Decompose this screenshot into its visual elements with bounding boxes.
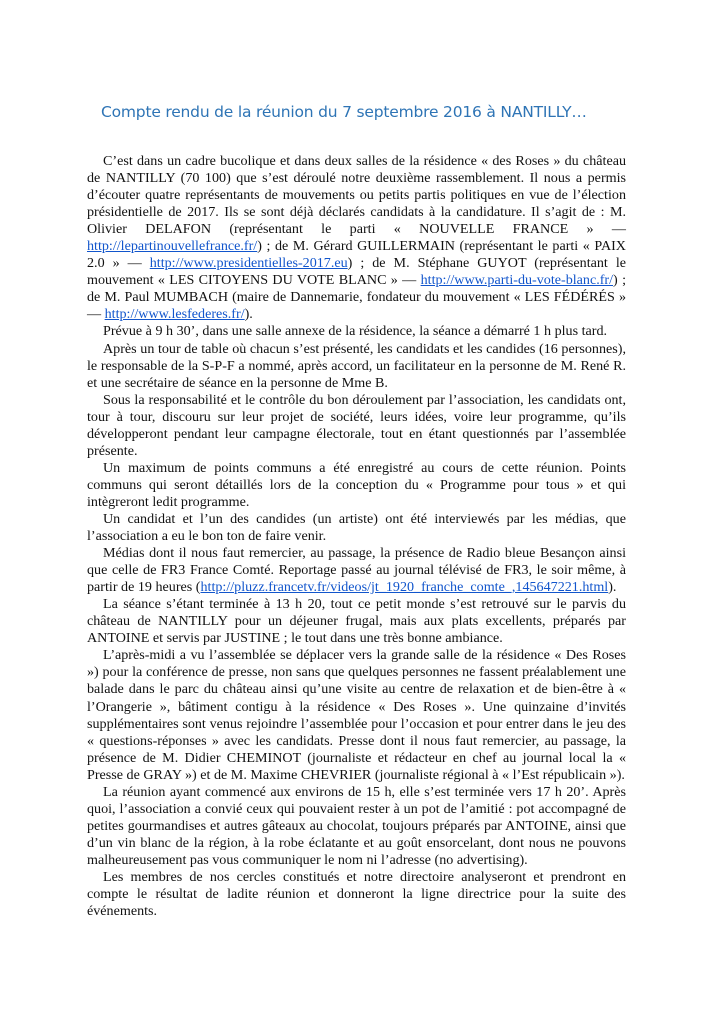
paragraph-afternoon: L’après-midi a vu l’assemblée se déplace… — [87, 647, 626, 783]
text-span: ). — [245, 306, 253, 322]
link-federes[interactable]: http://www.lesfederes.fr/ — [105, 306, 245, 322]
document-body: C’est dans un cadre bucolique et dans de… — [87, 153, 626, 920]
document-page: Compte rendu de la réunion du 7 septembr… — [0, 0, 725, 1024]
paragraph-common-points: Un maximum de points communs a été enreg… — [87, 460, 626, 511]
paragraph-intro: C’est dans un cadre bucolique et dans de… — [87, 153, 626, 323]
paragraph-lunch: La séance s’étant terminée à 13 h 20, to… — [87, 596, 626, 647]
paragraph-end: La réunion ayant commencé aux environs d… — [87, 784, 626, 869]
text-span: ). — [608, 579, 616, 595]
link-paix[interactable]: http://www.presidentielles-2017.eu — [150, 255, 348, 271]
document-title: Compte rendu de la réunion du 7 septembr… — [101, 103, 587, 121]
text-span: C’est dans un cadre bucolique et dans de… — [87, 153, 626, 237]
link-pluzz-video[interactable]: http://pluzz.francetv.fr/videos/jt_1920_… — [201, 579, 609, 595]
paragraph-roundtable: Après un tour de table où chacun s’est p… — [87, 341, 626, 392]
paragraph-interviews: Un candidat et l’un des candides (un art… — [87, 511, 626, 545]
paragraph-conclusion: Les membres de nos cercles constitués et… — [87, 869, 626, 920]
paragraph-responsibility: Sous la responsabilité et le contrôle du… — [87, 392, 626, 460]
paragraph-schedule: Prévue à 9 h 30’, dans une salle annexe … — [87, 323, 626, 340]
link-nouvelle-france[interactable]: http://lepartinouvellefrance.fr/ — [87, 238, 257, 254]
paragraph-media: Médias dont il nous faut remercier, au p… — [87, 545, 626, 596]
link-vote-blanc[interactable]: http://www.parti-du-vote-blanc.fr/ — [421, 272, 613, 288]
